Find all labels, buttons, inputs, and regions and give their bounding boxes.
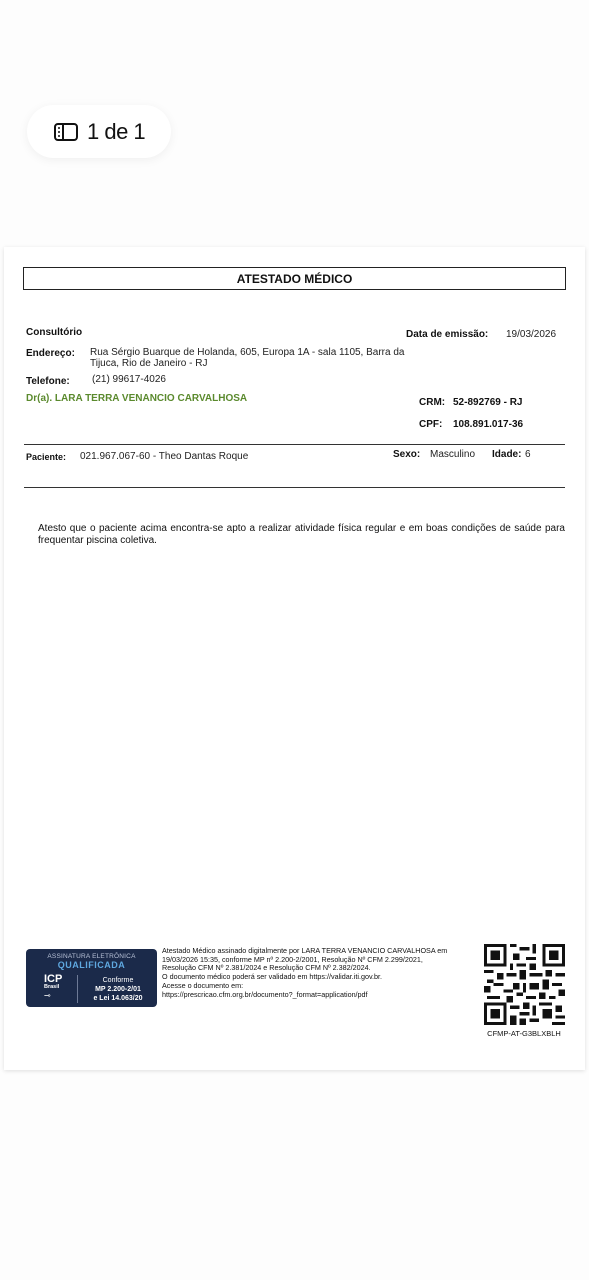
cpf-label: CPF: — [419, 419, 442, 430]
phone-label: Telefone: — [26, 376, 70, 387]
signature-text: Atestado Médico assinado digitalmente po… — [162, 947, 482, 999]
doctor-name: Dr(a). LARA TERRA VENANCIO CARVALHOSA — [26, 393, 247, 404]
address-line1: Rua Sérgio Buarque de Holanda, 605, Euro… — [90, 347, 404, 358]
page-indicator-text: 1 de 1 — [87, 119, 145, 145]
clinic-label: Consultório — [26, 327, 82, 338]
statement-text: Atesto que o paciente acima encontra-se … — [38, 523, 565, 547]
document-title: ATESTADO MÉDICO — [23, 267, 566, 290]
qr-code-icon — [484, 944, 565, 1025]
key-icon: ⊸ — [44, 991, 51, 1000]
icp-logo: ICP — [44, 974, 62, 984]
icp-brasil-signature-badge: ASSINATURA ELETRÔNICA QUALIFICADA ICP Br… — [26, 949, 157, 1007]
issue-date: 19/03/2026 — [506, 329, 556, 340]
badge-line1: ASSINATURA ELETRÔNICA — [26, 953, 157, 960]
badge-separator — [77, 975, 78, 1003]
sidebar-pages-icon — [54, 123, 78, 141]
badge-law: e Lei 14.063/20 — [82, 994, 154, 1003]
issue-date-label: Data de emissão: — [406, 329, 488, 340]
patient-value: 021.967.067-60 - Theo Dantas Roque — [80, 451, 248, 462]
crm-label: CRM: — [419, 397, 445, 408]
sex-value: Masculino — [430, 449, 475, 460]
page-indicator-button[interactable]: 1 de 1 — [27, 105, 171, 158]
qr-code-id: CFMP-AT-G3BLXBLH — [474, 1029, 574, 1038]
icp-brasil-text: Brasil — [44, 984, 59, 990]
cpf-value: 108.891.017-36 — [453, 419, 523, 430]
age-label: Idade: — [492, 449, 521, 460]
sex-label: Sexo: — [393, 449, 420, 460]
patient-label: Paciente: — [26, 452, 66, 462]
phone: (21) 99617-4026 — [92, 374, 166, 385]
divider — [24, 487, 565, 488]
document-page: ATESTADO MÉDICO Consultório Data de emis… — [4, 247, 585, 1070]
crm-value: 52-892769 - RJ — [453, 397, 523, 408]
divider — [24, 444, 565, 445]
badge-conform: Conforme — [82, 976, 154, 985]
address-label: Endereço: — [26, 348, 75, 359]
address-line2: Tijuca, Rio de Janeiro - RJ — [90, 358, 207, 369]
document-link[interactable]: https://prescricao.cfm.org.br/documento?… — [162, 991, 482, 1000]
age-value: 6 — [525, 449, 531, 460]
badge-mp: MP 2.200-2/01 — [82, 985, 154, 994]
badge-line2: QUALIFICADA — [26, 960, 157, 970]
